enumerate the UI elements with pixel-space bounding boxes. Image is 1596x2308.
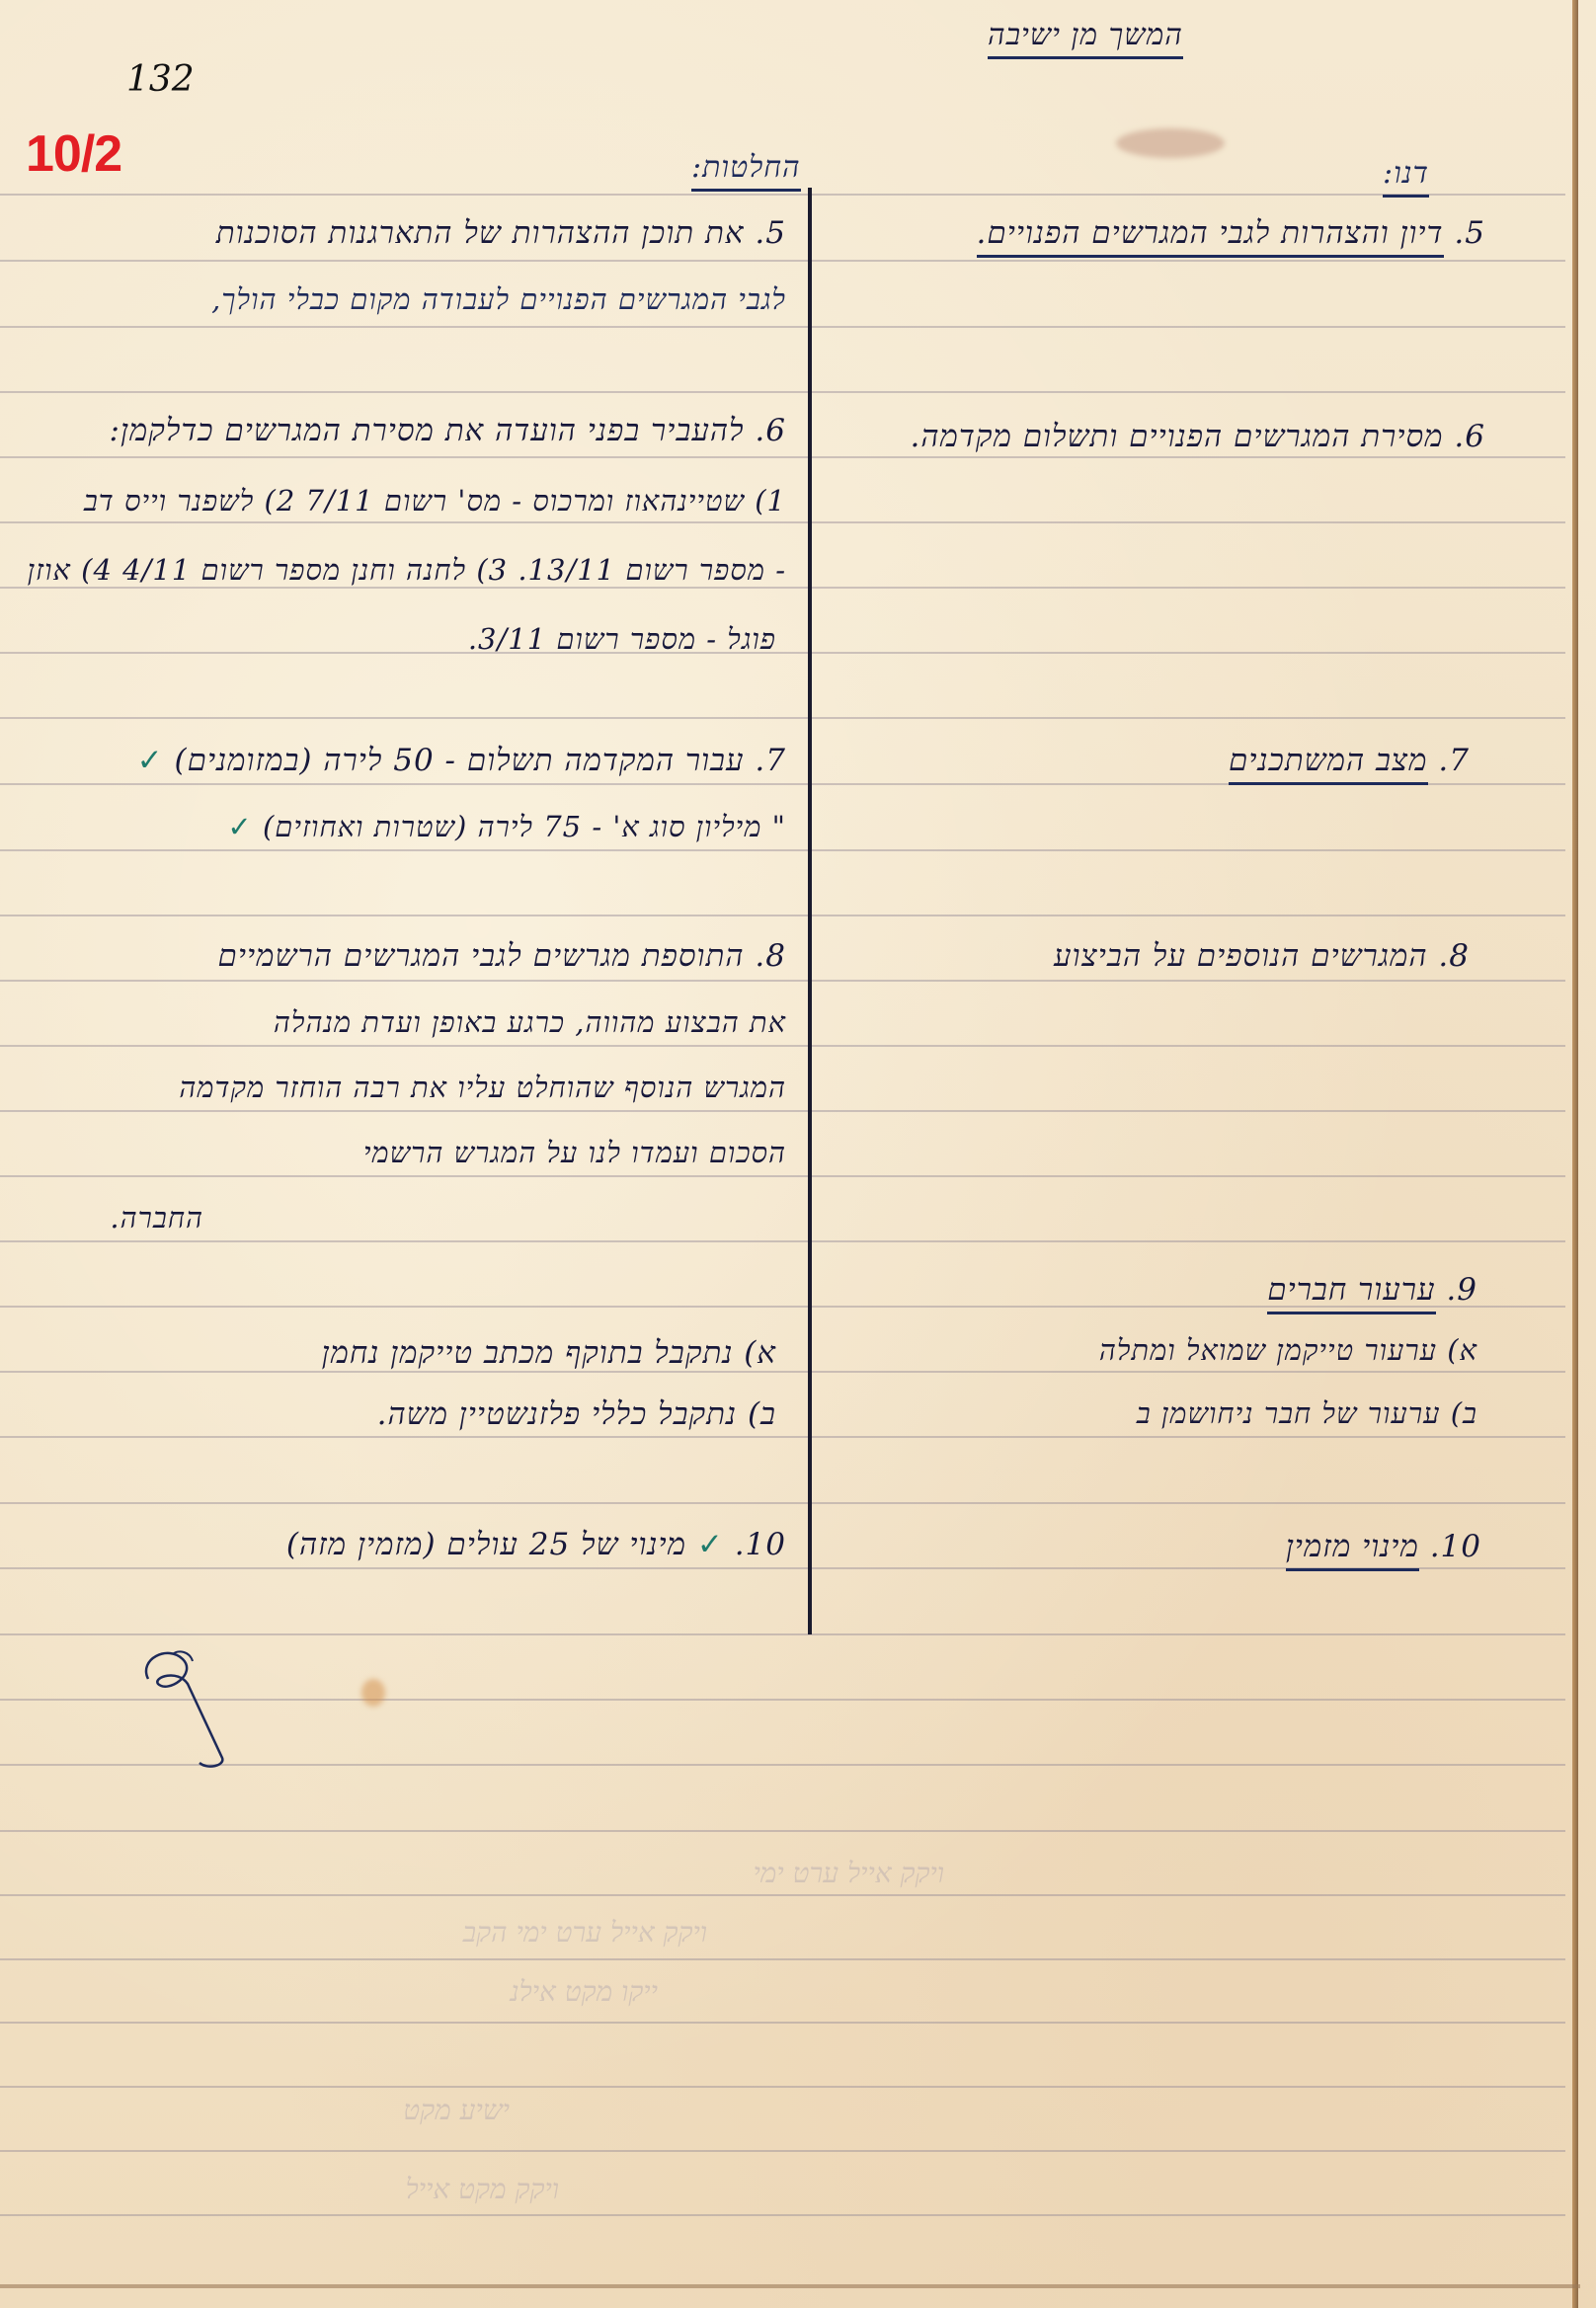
ruled-line: [0, 1633, 1565, 1635]
ruled-line: [0, 849, 1565, 851]
decision-6-line-1: 6. להעביר בפני הועדה את מסירת המגרשים כד…: [110, 413, 786, 448]
item-text: דיון והצהרות לגבי המגרשים הפנויים.: [977, 215, 1444, 258]
decision-6-line-4: פוגל - מספר רשום 3/11.: [468, 622, 776, 657]
decision-text: הסכום ועמדו לנו על המגרש הרשמי: [363, 1136, 786, 1169]
decision-text: החברה.: [110, 1201, 203, 1234]
ruled-line: [0, 194, 1565, 196]
decision-9a: א) נתקבל בתוקף מכתב טייקמן נחמן: [322, 1335, 776, 1371]
decision-text: התוספת מגרשים לגבי המגרשים הרשמיים: [218, 938, 745, 974]
decision-text: המגרש הנוסף שהוחלט עליו את רבה הוחזר מקד…: [179, 1071, 786, 1104]
page-binding-edge: [1572, 0, 1578, 2308]
item-text: מצב המשתכנים: [1229, 743, 1428, 785]
decision-text: את תוכן ההצהרות של התארגנות הסוכנות: [216, 215, 745, 251]
ruled-line: [0, 521, 1565, 523]
decisions-heading-text: החלטות:: [691, 150, 801, 192]
subitem-text: ערעור של חבר ניחושמן ב: [1137, 1396, 1441, 1430]
subitem-marker: א): [1447, 1333, 1477, 1367]
decision-10: 10. ✓ מינוי של 25 עולים (מזמין מזה): [286, 1527, 786, 1562]
discussed-item-9b: ב) ערעור של חבר ניחושמן ב: [1137, 1396, 1477, 1431]
item-number: 7.: [755, 743, 786, 778]
item-number: 10.: [1430, 1529, 1481, 1564]
discussed-item-10: 10. מינוי מזמין: [1286, 1529, 1481, 1564]
bleed-through-text: ויקק מקט אייל: [406, 2173, 559, 2206]
item-number: 7.: [1438, 743, 1470, 778]
bleed-through-text: ויקק אייל ערט ימי: [753, 1857, 944, 1890]
archive-id-label: 10/2: [26, 124, 121, 184]
item-text: מינוי מזמין: [1286, 1529, 1419, 1571]
checkmark-icon: ✓: [137, 743, 164, 778]
decision-text: להעביר בפני הועדה את מסירת המגרשים כדלקמ…: [110, 413, 745, 448]
ruled-line: [0, 1371, 1565, 1373]
column-divider: [808, 188, 812, 1634]
ruled-line: [0, 2214, 1565, 2216]
decision-9b: ב) נתקבל כללי פלזנשטיין משה.: [377, 1396, 776, 1432]
scanned-page: ויקק אייל ערט ימי ויקק אייל ערט ימי הקב …: [0, 0, 1596, 2308]
decision-text: " מיליון סוג א' - 75 לירה (שטרות ואחוזים…: [263, 810, 786, 843]
decision-5-line-2: לגבי המגרשים הפנויים לעבודה מקום כבלי הו…: [211, 282, 786, 317]
ruled-line: [0, 2150, 1565, 2152]
ruled-line: [0, 1436, 1565, 1438]
decision-text: 1) שטיינהאוז ומרכוס - מס' רשום 7/11 2) ל…: [84, 484, 786, 517]
decisions-heading: החלטות:: [691, 150, 801, 185]
discussed-item-8: 8. המגרשים הנוספים על הביצוע: [1054, 938, 1470, 974]
decision-7-line-1: 7. עבור המקדמה תשלום - 50 לירה (במזומנים…: [137, 743, 786, 778]
decision-text: את הבצוע מהווה, כרגע באופן ועדת מנהלה: [274, 1005, 786, 1039]
ruled-line: [0, 2022, 1565, 2024]
ruled-line: [0, 1240, 1565, 1242]
bleed-through-text: ייקו מקט אילנ: [511, 1975, 658, 2009]
ruled-line: [0, 1110, 1565, 1112]
stain: [1116, 128, 1225, 158]
decision-text: לגבי המגרשים הפנויים לעבודה מקום כבלי הו…: [211, 282, 786, 316]
discussed-item-7: 7. מצב המשתכנים: [1229, 743, 1470, 778]
item-number: 6.: [1454, 419, 1485, 454]
decision-text: ב) נתקבל כללי פלזנשטיין משה.: [377, 1396, 776, 1432]
page-bottom-edge: [0, 2284, 1580, 2288]
item-number: 5.: [1454, 215, 1485, 251]
ruled-line: [0, 1045, 1565, 1047]
discussed-item-9a: א) ערעור טייקמן שמואל ומתלה: [1099, 1333, 1477, 1368]
signature-icon: [128, 1639, 237, 1778]
decision-7-line-2: " מיליון סוג א' - 75 לירה (שטרות ואחוזים…: [227, 810, 786, 844]
item-number: 9.: [1446, 1272, 1477, 1308]
decision-6-line-2: 1) שטיינהאוז ומרכוס - מס' רשום 7/11 2) ל…: [84, 484, 786, 518]
checkmark-icon: ✓: [227, 810, 252, 843]
item-number: 10.: [735, 1527, 786, 1562]
ruled-line: [0, 1502, 1565, 1504]
decision-text: פוגל - מספר רשום 3/11.: [468, 622, 776, 656]
checkmark-icon: ✓: [697, 1527, 724, 1562]
folio-number: 132: [126, 59, 195, 100]
ruled-line: [0, 456, 1565, 458]
ruled-line: [0, 1175, 1565, 1177]
decision-5-line-1: 5. את תוכן ההצהרות של התארגנות הסוכנות: [216, 215, 786, 251]
discussed-item-9: 9. ערעור חברים: [1267, 1272, 1477, 1308]
discussed-item-5: 5. דיון והצהרות לגבי המגרשים הפנויים.: [977, 215, 1486, 251]
bleed-through-text: ישיע מקט: [403, 2094, 510, 2127]
page-header-text: המשך מן ישיבה: [988, 18, 1183, 59]
ruled-line: [0, 260, 1565, 262]
ruled-line: [0, 1958, 1565, 1960]
ruled-line: [0, 391, 1565, 393]
ruled-line: [0, 980, 1565, 982]
decision-text: א) נתקבל בתוקף מכתב טייקמן נחמן: [322, 1335, 776, 1371]
bleed-through-text: ויקק אייל ערט ימי הקב: [463, 1916, 707, 1950]
ruled-line: [0, 717, 1565, 719]
decision-8-line-3: המגרש הנוסף שהוחלט עליו את רבה הוחזר מקד…: [179, 1071, 786, 1105]
item-text: ערעור חברים: [1267, 1272, 1435, 1314]
page-header: המשך מן ישיבה: [988, 18, 1183, 52]
decision-8-line-1: 8. התוספת מגרשים לגבי המגרשים הרשמיים: [218, 938, 786, 974]
ruled-line: [0, 915, 1565, 916]
discussed-heading: דנו:: [1383, 156, 1429, 191]
discussed-item-6: 6. מסירת המגרשים הפנויים ותשלום מקדמה.: [910, 419, 1485, 454]
item-number: 5.: [755, 215, 786, 251]
ruled-line: [0, 1830, 1565, 1832]
ruled-line: [0, 2086, 1565, 2088]
ruled-line: [0, 1894, 1565, 1896]
subitem-text: ערעור טייקמן שמואל ומתלה: [1099, 1333, 1437, 1367]
decision-text: עבור המקדמה תשלום - 50 לירה (במזומנים): [175, 743, 745, 778]
subitem-marker: ב): [1451, 1396, 1477, 1430]
item-text: מסירת המגרשים הפנויים ותשלום מקדמה.: [910, 419, 1443, 454]
stain: [361, 1679, 385, 1707]
decision-6-line-3: - מספר רשום 13/11. 3) לחנה וחנן מספר רשו…: [28, 553, 786, 588]
discussed-heading-text: דנו:: [1383, 156, 1429, 198]
decision-8-line-4: הסכום ועמדו לנו על המגרש הרשמי: [363, 1136, 786, 1170]
item-text: המגרשים הנוספים על הביצוע: [1054, 938, 1428, 974]
decision-text: - מספר רשום 13/11. 3) לחנה וחנן מספר רשו…: [28, 553, 786, 587]
decision-8-line-2: את הבצוע מהווה, כרגע באופן ועדת מנהלה: [274, 1005, 786, 1040]
decision-text: מינוי של 25 עולים (מזמין מזה): [286, 1527, 686, 1562]
item-number: 8.: [755, 938, 786, 974]
item-number: 8.: [1438, 938, 1470, 974]
item-number: 6.: [755, 413, 786, 448]
ruled-line: [0, 652, 1565, 654]
decision-8-line-5: החברה.: [110, 1201, 203, 1235]
ruled-line: [0, 326, 1565, 328]
